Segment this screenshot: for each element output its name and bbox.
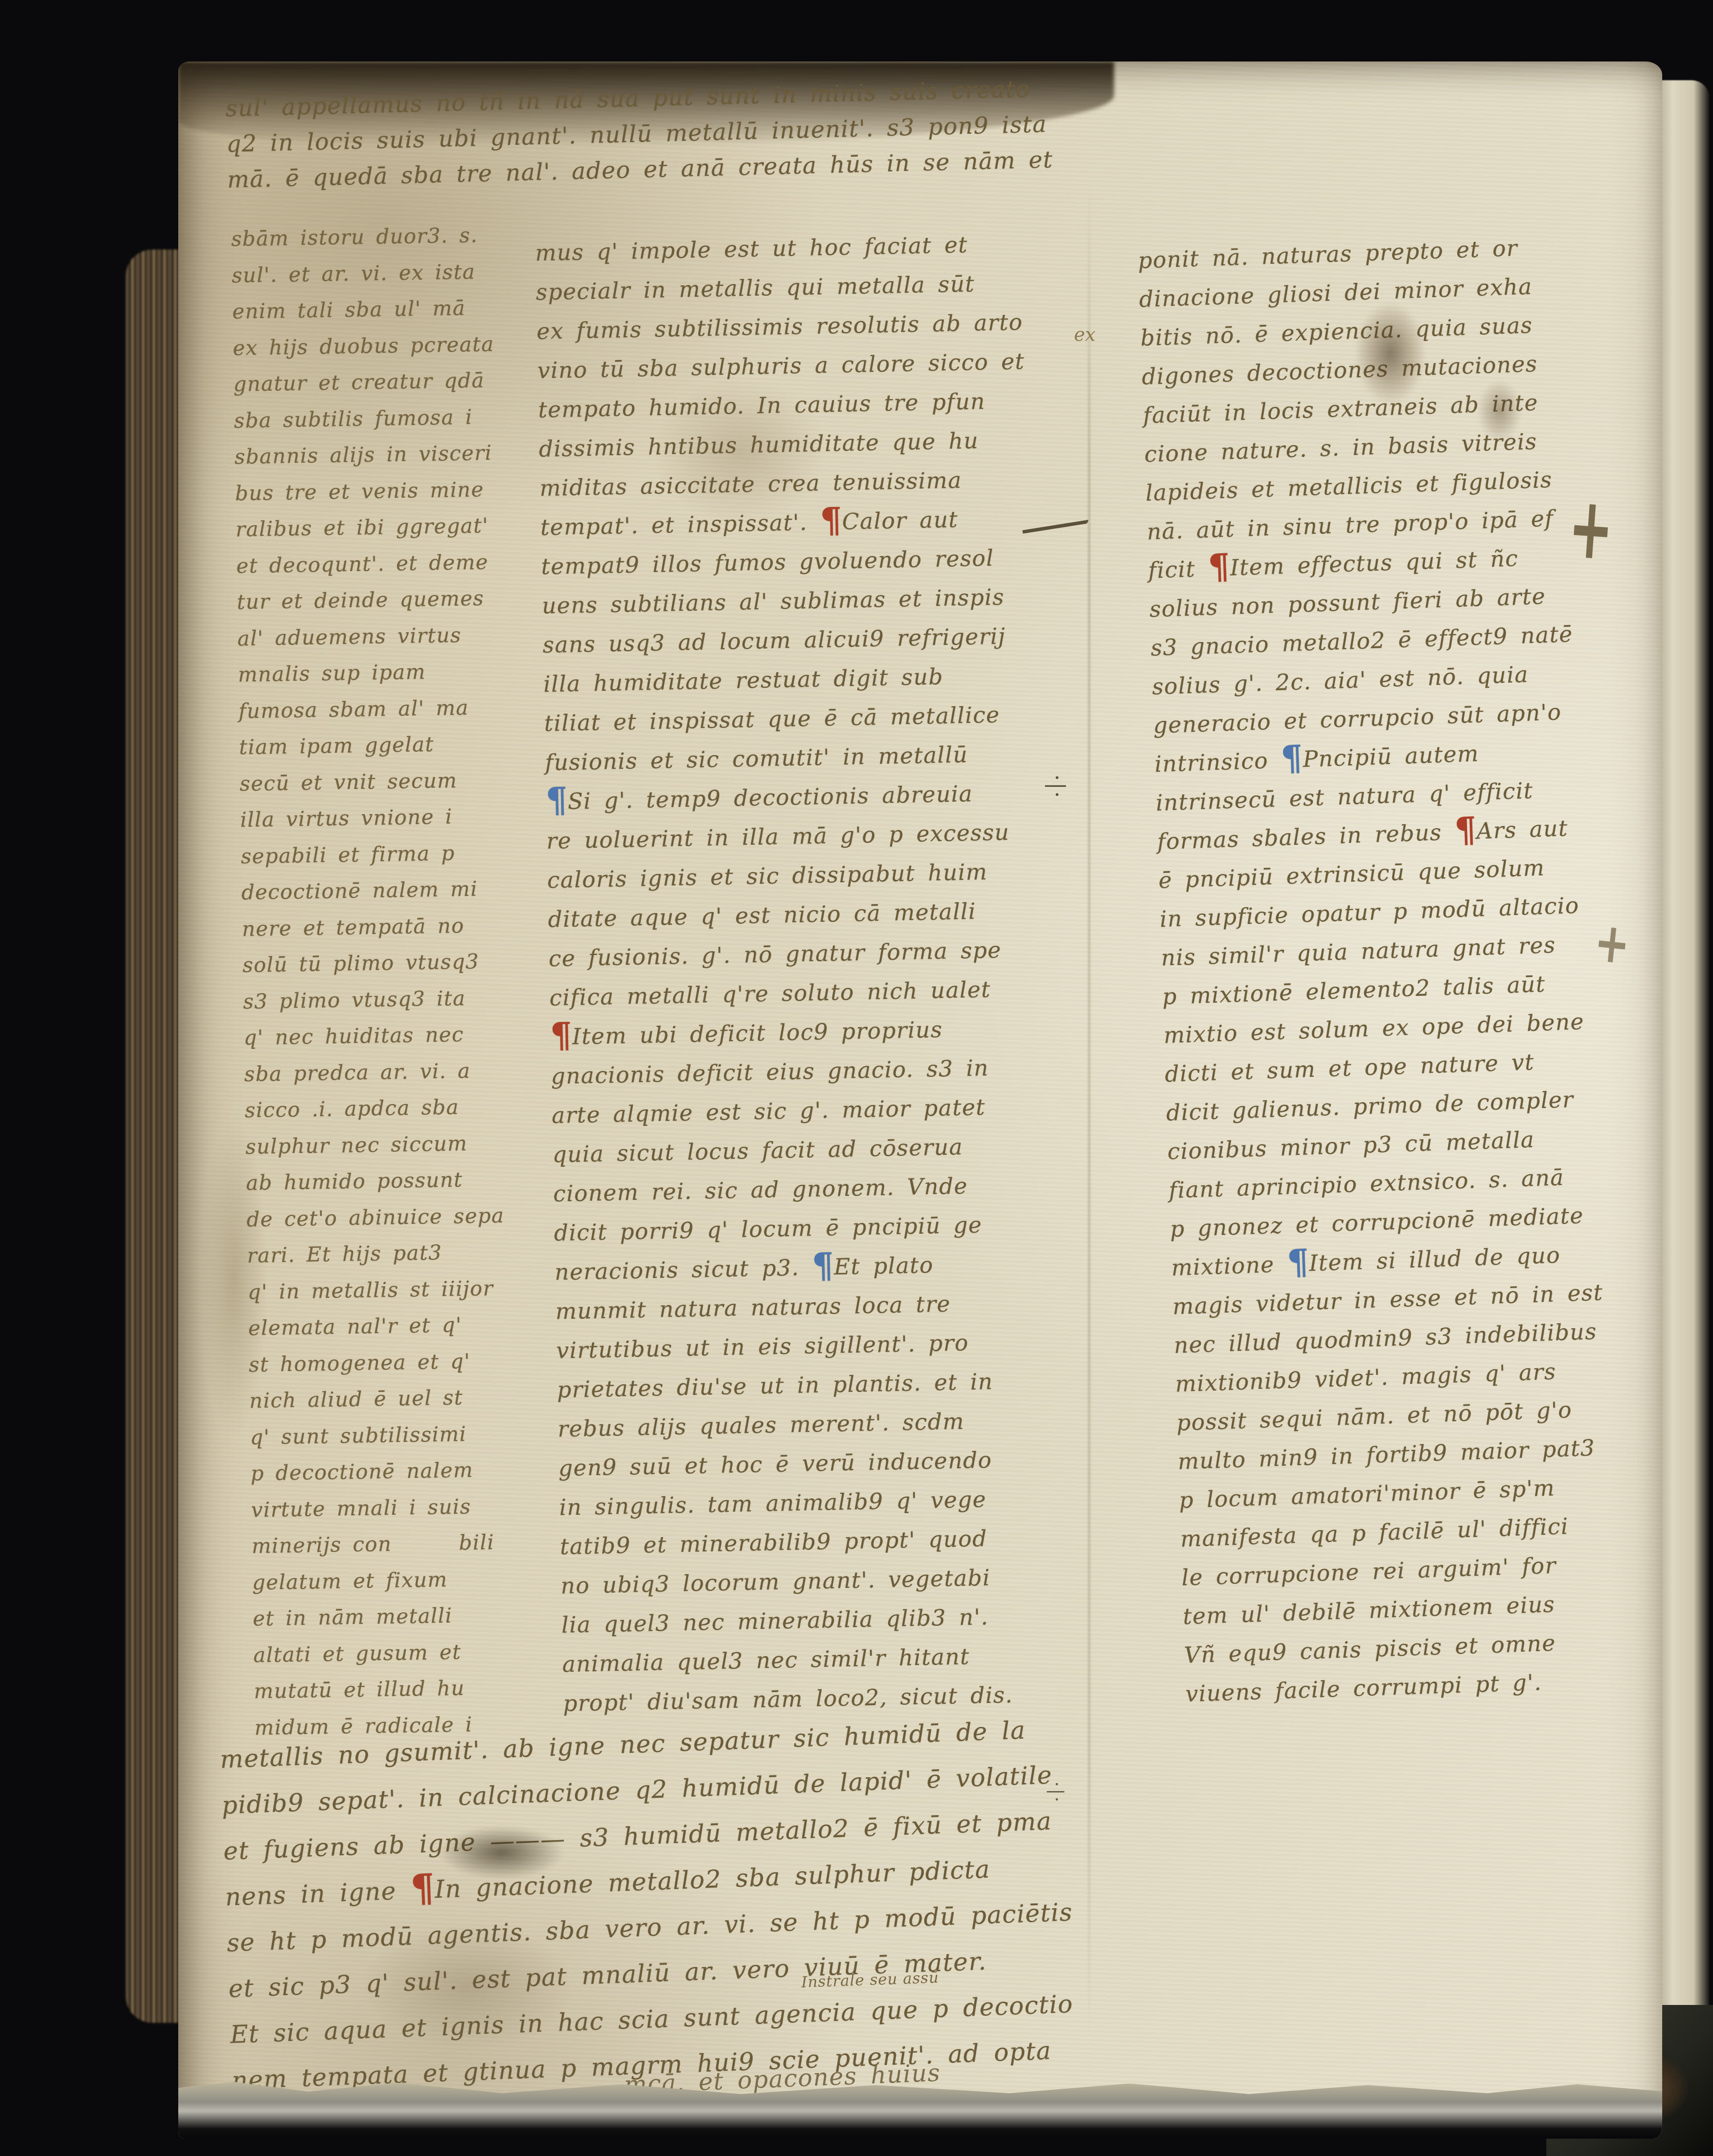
- text-line: minerijs con bili: [251, 1523, 568, 1564]
- text-line: et decoqunt'. et deme: [236, 543, 553, 584]
- paraph-initial-blue: ¶: [1280, 738, 1303, 779]
- text-segment: mixtione: [1171, 1251, 1287, 1281]
- manuscript-page: sul' appellamus no tñ in nā sua put sunt…: [178, 61, 1662, 2139]
- cross-mark: +: [1565, 478, 1617, 580]
- text-line: nich aliud ē uel st: [249, 1378, 566, 1420]
- text-segment: Item effectus qui st ñc: [1229, 545, 1519, 581]
- text-line: mutatū et illud hu: [254, 1668, 570, 1710]
- text-line: ab humido possunt: [246, 1160, 562, 1202]
- text-segment: ficit: [1148, 556, 1209, 583]
- text-line: gnatur et creatur qdā: [233, 361, 550, 403]
- text-line: q' nec huiditas nec: [243, 1015, 560, 1056]
- text-line: fumosa sbam al' ma: [238, 688, 555, 729]
- text-line: secū et vnit secum: [239, 761, 556, 802]
- text-segment: intrinsico: [1154, 747, 1281, 777]
- paraph-initial-red: ¶: [550, 1015, 573, 1056]
- underlying-page-edge: [1657, 80, 1709, 2094]
- paraph-initial-red: ¶: [820, 500, 842, 541]
- text-line: mnalis sup ipam: [238, 652, 554, 693]
- photo-background: sul' appellamus no tñ in nā sua put sunt…: [0, 0, 1713, 2156]
- text-segment: neracionis sicut p3.: [554, 1254, 812, 1285]
- text-line: rari. Et hijs pat3: [247, 1233, 564, 1274]
- bottom-text-block: metallis no gsumit'. ab igne nec sepatur…: [219, 1705, 1106, 2103]
- text-line: sbannis alijs in visceri: [234, 434, 551, 475]
- center-text-column: mus q' impole est ut hoc faciat etspecia…: [535, 224, 1085, 1723]
- text-line: sulphur nec siccum: [245, 1124, 562, 1165]
- text-line: elemata nal'r et q': [248, 1305, 565, 1347]
- text-segment: Item si illud de quo: [1309, 1242, 1561, 1276]
- left-margin-column: sbām istoru duor3. s.sul'. et ar. vi. ex…: [231, 216, 571, 1746]
- text-line: p decoctionē nalem: [250, 1451, 567, 1492]
- text-segment: Item ubi deficit loc9 proprius: [572, 1017, 943, 1050]
- text-line: enim tali sba ul' mā: [232, 289, 549, 330]
- text-line: al' aduemens virtus: [237, 615, 554, 657]
- text-line: sbām istoru duor3. s.: [231, 216, 548, 258]
- text-line: ex hijs duobus pcreata: [233, 325, 549, 366]
- text-segment: tempat'. et inspissat'.: [540, 509, 820, 540]
- paraph-initial-red: ¶: [1207, 546, 1230, 588]
- paraph-initial-red: ¶: [410, 1866, 435, 1911]
- paraph-initial-blue: ¶: [1287, 1242, 1310, 1283]
- text-segment: Ars aut: [1476, 815, 1568, 844]
- right-text-column: ponit nā. naturas prepto et ordinacione …: [1137, 225, 1662, 1714]
- text-line: gelatum et fixum: [252, 1559, 569, 1601]
- text-segment: Calor aut: [842, 507, 959, 535]
- paraph-initial-blue: ¶: [545, 780, 568, 821]
- paraph-initial-blue: ¶: [811, 1245, 834, 1286]
- text-segment: formas sbales in rebus: [1157, 819, 1455, 855]
- marginal-note-ex: ex: [1074, 323, 1096, 345]
- text-segment: Et plato: [834, 1252, 934, 1280]
- margin-paragraph-mark: ·|·: [1045, 774, 1069, 800]
- text-line: decoctionē nalem mi: [241, 870, 558, 911]
- text-segment: Si g'. temp9 decoctionis abreuia: [567, 781, 973, 814]
- margin-paragraph-mark: ·|·: [1046, 1781, 1067, 1804]
- text-line: illa virtus vnione i: [240, 797, 557, 839]
- text-line: altati et gusum et: [253, 1632, 570, 1673]
- text-line: bus tre et venis mine: [235, 470, 552, 511]
- text-line: s3 plimo vtusq3 ita: [243, 978, 560, 1020]
- text-line: sepabili et firma p: [241, 833, 557, 875]
- cross-mark: +: [1591, 910, 1633, 978]
- text-line: sba subtilis fumosa i: [234, 397, 550, 439]
- text-line: solū tū plimo vtusq3: [242, 942, 559, 984]
- text-line: tur et deinde quemes: [237, 579, 553, 621]
- text-line: et in nām metalli: [253, 1596, 570, 1637]
- top-text-block: sul' appellamus no tñ in nā sua put sunt…: [225, 70, 1065, 198]
- text-line: q' sunt subtilissimi: [250, 1414, 566, 1456]
- text-line: tiam ipam ggelat: [239, 724, 556, 766]
- text-segment: nens in igne: [225, 1876, 411, 1911]
- text-line: sicco .i. apdca sba: [245, 1088, 561, 1129]
- text-segment: Pncipiū autem: [1303, 740, 1479, 772]
- text-line: de cet'o abinuice sepa: [246, 1196, 563, 1238]
- text-line: virtute mnali i suis: [251, 1487, 568, 1528]
- text-line: nere et tempatā no: [242, 906, 558, 947]
- text-line: sul'. et ar. vi. ex ista: [231, 252, 548, 294]
- text-line: ralibus et ibi ggregat': [235, 507, 552, 548]
- text-line: st homogenea et q': [249, 1342, 566, 1383]
- text-line: sba predca ar. vi. a: [244, 1051, 561, 1092]
- text-line: q' in metallis st iiijor: [247, 1269, 564, 1310]
- paraph-initial-red: ¶: [1454, 810, 1477, 851]
